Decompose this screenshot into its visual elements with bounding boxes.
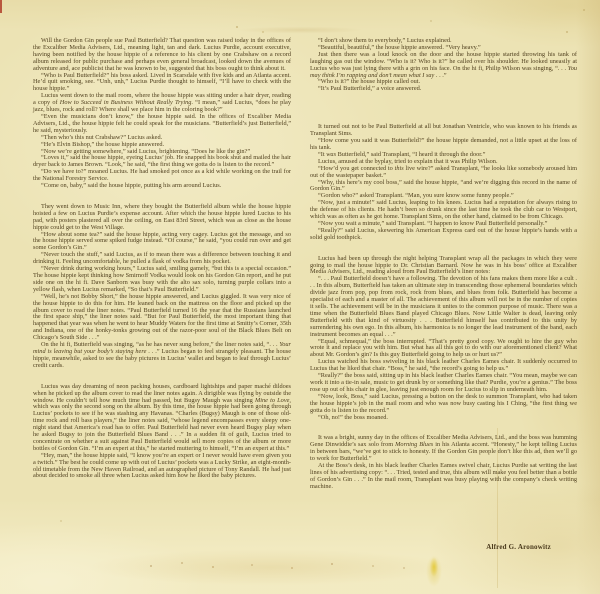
body-text: “Why, this here’s my cool boss,” said th…: [310, 179, 577, 193]
body-text: “How about some tea?” said the house hip…: [33, 231, 291, 252]
paragraph: “. . . Paul Butterfield doesn’t have a f…: [310, 276, 577, 338]
body-text: “How come you said it was Butterfield?” …: [310, 137, 577, 151]
liner-notes-page: Will the Gordon Gin people sue Paul Butt…: [0, 0, 600, 594]
paragraph: On the hi fi, Butterfield was singing, “…: [33, 342, 291, 370]
body-text: “Never touch the stuff,” said Lucius, as…: [33, 251, 291, 265]
paragraph: “Now, just a minute!” said Lucius, leapi…: [310, 200, 577, 221]
body-text: “Really?” said Lucius, skewering his Ame…: [310, 227, 577, 241]
body-text: “Hey, man,” the house hippie said, “I kn…: [33, 452, 291, 480]
body-text: “Really?” the boss said, sitting up in h…: [310, 372, 577, 393]
paragraph: “How come you said it was Butterfield?” …: [310, 138, 577, 152]
italicized-text: this: [395, 165, 404, 172]
paragraph: At the Boss’s desk, in his black leather…: [310, 463, 577, 491]
paragraph: Lucius watched his boss swiveling in his…: [310, 359, 577, 373]
body-text: “Even the musicians don’t know,” the hou…: [33, 113, 291, 134]
paragraph: “Really?” said Lucius, skewering his Ame…: [310, 228, 577, 242]
body-text: “Now, just a minute!” said Lucius, leapi…: [310, 199, 577, 220]
paragraph: Lucius was day dreaming of neon packing …: [33, 384, 291, 453]
body-text: Lucius was day dreaming of neon packing …: [33, 383, 291, 404]
paragraph: “Come on, baby,” said the house hippie, …: [33, 183, 291, 190]
body-text: , which was only the second song on the …: [33, 397, 291, 452]
body-text: “Come on, baby,” said the house hippie, …: [41, 182, 221, 189]
paragraph: “Loves it,” said the house hippie, eyein…: [33, 155, 291, 169]
body-text: Just then there was a loud knock on the …: [310, 51, 577, 72]
body-text: “Who is Paul Butterfield?” his boss aske…: [33, 72, 291, 93]
author-signature: Alfred G. Aronowitz: [486, 543, 551, 551]
paragraph: “Why, this here’s my cool boss,” said th…: [310, 180, 577, 194]
paragraph: “Never drink during working hours,” Luci…: [33, 266, 291, 294]
body-text: “Equal, schmequal,” the boss interrupted…: [310, 338, 577, 359]
body-text: Will the Gordon Gin people sue Paul Butt…: [33, 37, 291, 72]
body-text: “Never drink during working hours,” Luci…: [33, 265, 291, 293]
body-text: “Do we have to?” moaned Lucius. He had s…: [33, 168, 291, 182]
paper-stain: [0, 0, 2, 2]
paragraph: Just then there was a loud knock on the …: [310, 52, 577, 80]
body-text: “Now, look, Boss,” said Lucius, pressing…: [310, 393, 577, 414]
paragraph: They went down to Music Inn, where they …: [33, 204, 291, 232]
paragraph: “Hey, man,” the house hippie said, “I kn…: [33, 453, 291, 481]
paragraph: “Oh, no!” the boss moaned.: [310, 415, 577, 422]
body-text: Lucius watched his boss swiveling in his…: [310, 358, 577, 372]
body-text: They went down to Music Inn, where they …: [33, 203, 291, 231]
paragraph: “Really?” the boss said, sitting up in h…: [310, 373, 577, 394]
paragraph: “Well, he’s not Bobby Short,” the house …: [33, 294, 291, 342]
body-text: “Oh, no!” the boss moaned.: [318, 414, 388, 421]
text-column-right: “I don’t show them to everybody,” Lucius…: [310, 38, 577, 491]
body-text: “It’s Paul Butterfield,” a voice answere…: [318, 85, 421, 92]
paragraph: Lucius went down to the mail room, where…: [33, 93, 291, 114]
paragraph: Will the Gordon Gin people sue Paul Butt…: [33, 38, 291, 73]
paragraph: It was a bright, sunny day in the office…: [310, 435, 577, 463]
paragraph: “Even the musicians don’t know,” the hou…: [33, 114, 291, 135]
paragraph: “Never touch the stuff,” said Lucius, as…: [33, 252, 291, 266]
paragraph: It turned out not to be Paul Butterfield…: [310, 124, 577, 138]
body-text: “Well, he’s not Bobby Short,” the house …: [33, 293, 291, 341]
body-text: “Loves it,” said the house hippie, eyein…: [33, 154, 291, 168]
paragraph: “Do we have to?” moaned Lucius. He had s…: [33, 169, 291, 183]
body-text: “. . . Paul Butterfield doesn’t have a f…: [310, 275, 577, 337]
body-text: It turned out not to be Paul Butterfield…: [310, 123, 577, 137]
paragraph: “How about some tea?” said the house hip…: [33, 232, 291, 253]
body-text: At the Boss’s desk, in his black leather…: [310, 462, 577, 490]
body-text: Lucius had been up through the night hel…: [310, 255, 577, 276]
paragraph: “Now, look, Boss,” said Lucius, pressing…: [310, 394, 577, 415]
paragraph: “Who is Paul Butterfield?” his boss aske…: [33, 73, 291, 94]
body-text: . . .”: [434, 72, 446, 79]
paragraph: “Equal, schmequal,” the boss interrupted…: [310, 339, 577, 360]
paragraph: Lucius had been up through the night hel…: [310, 256, 577, 277]
text-column-left: Will the Gordon Gin people sue Paul Butt…: [33, 38, 291, 480]
paragraph: “How’d you get connected to this live wi…: [310, 166, 577, 180]
paragraph: “It’s Paul Butterfield,” a voice answere…: [310, 86, 577, 93]
